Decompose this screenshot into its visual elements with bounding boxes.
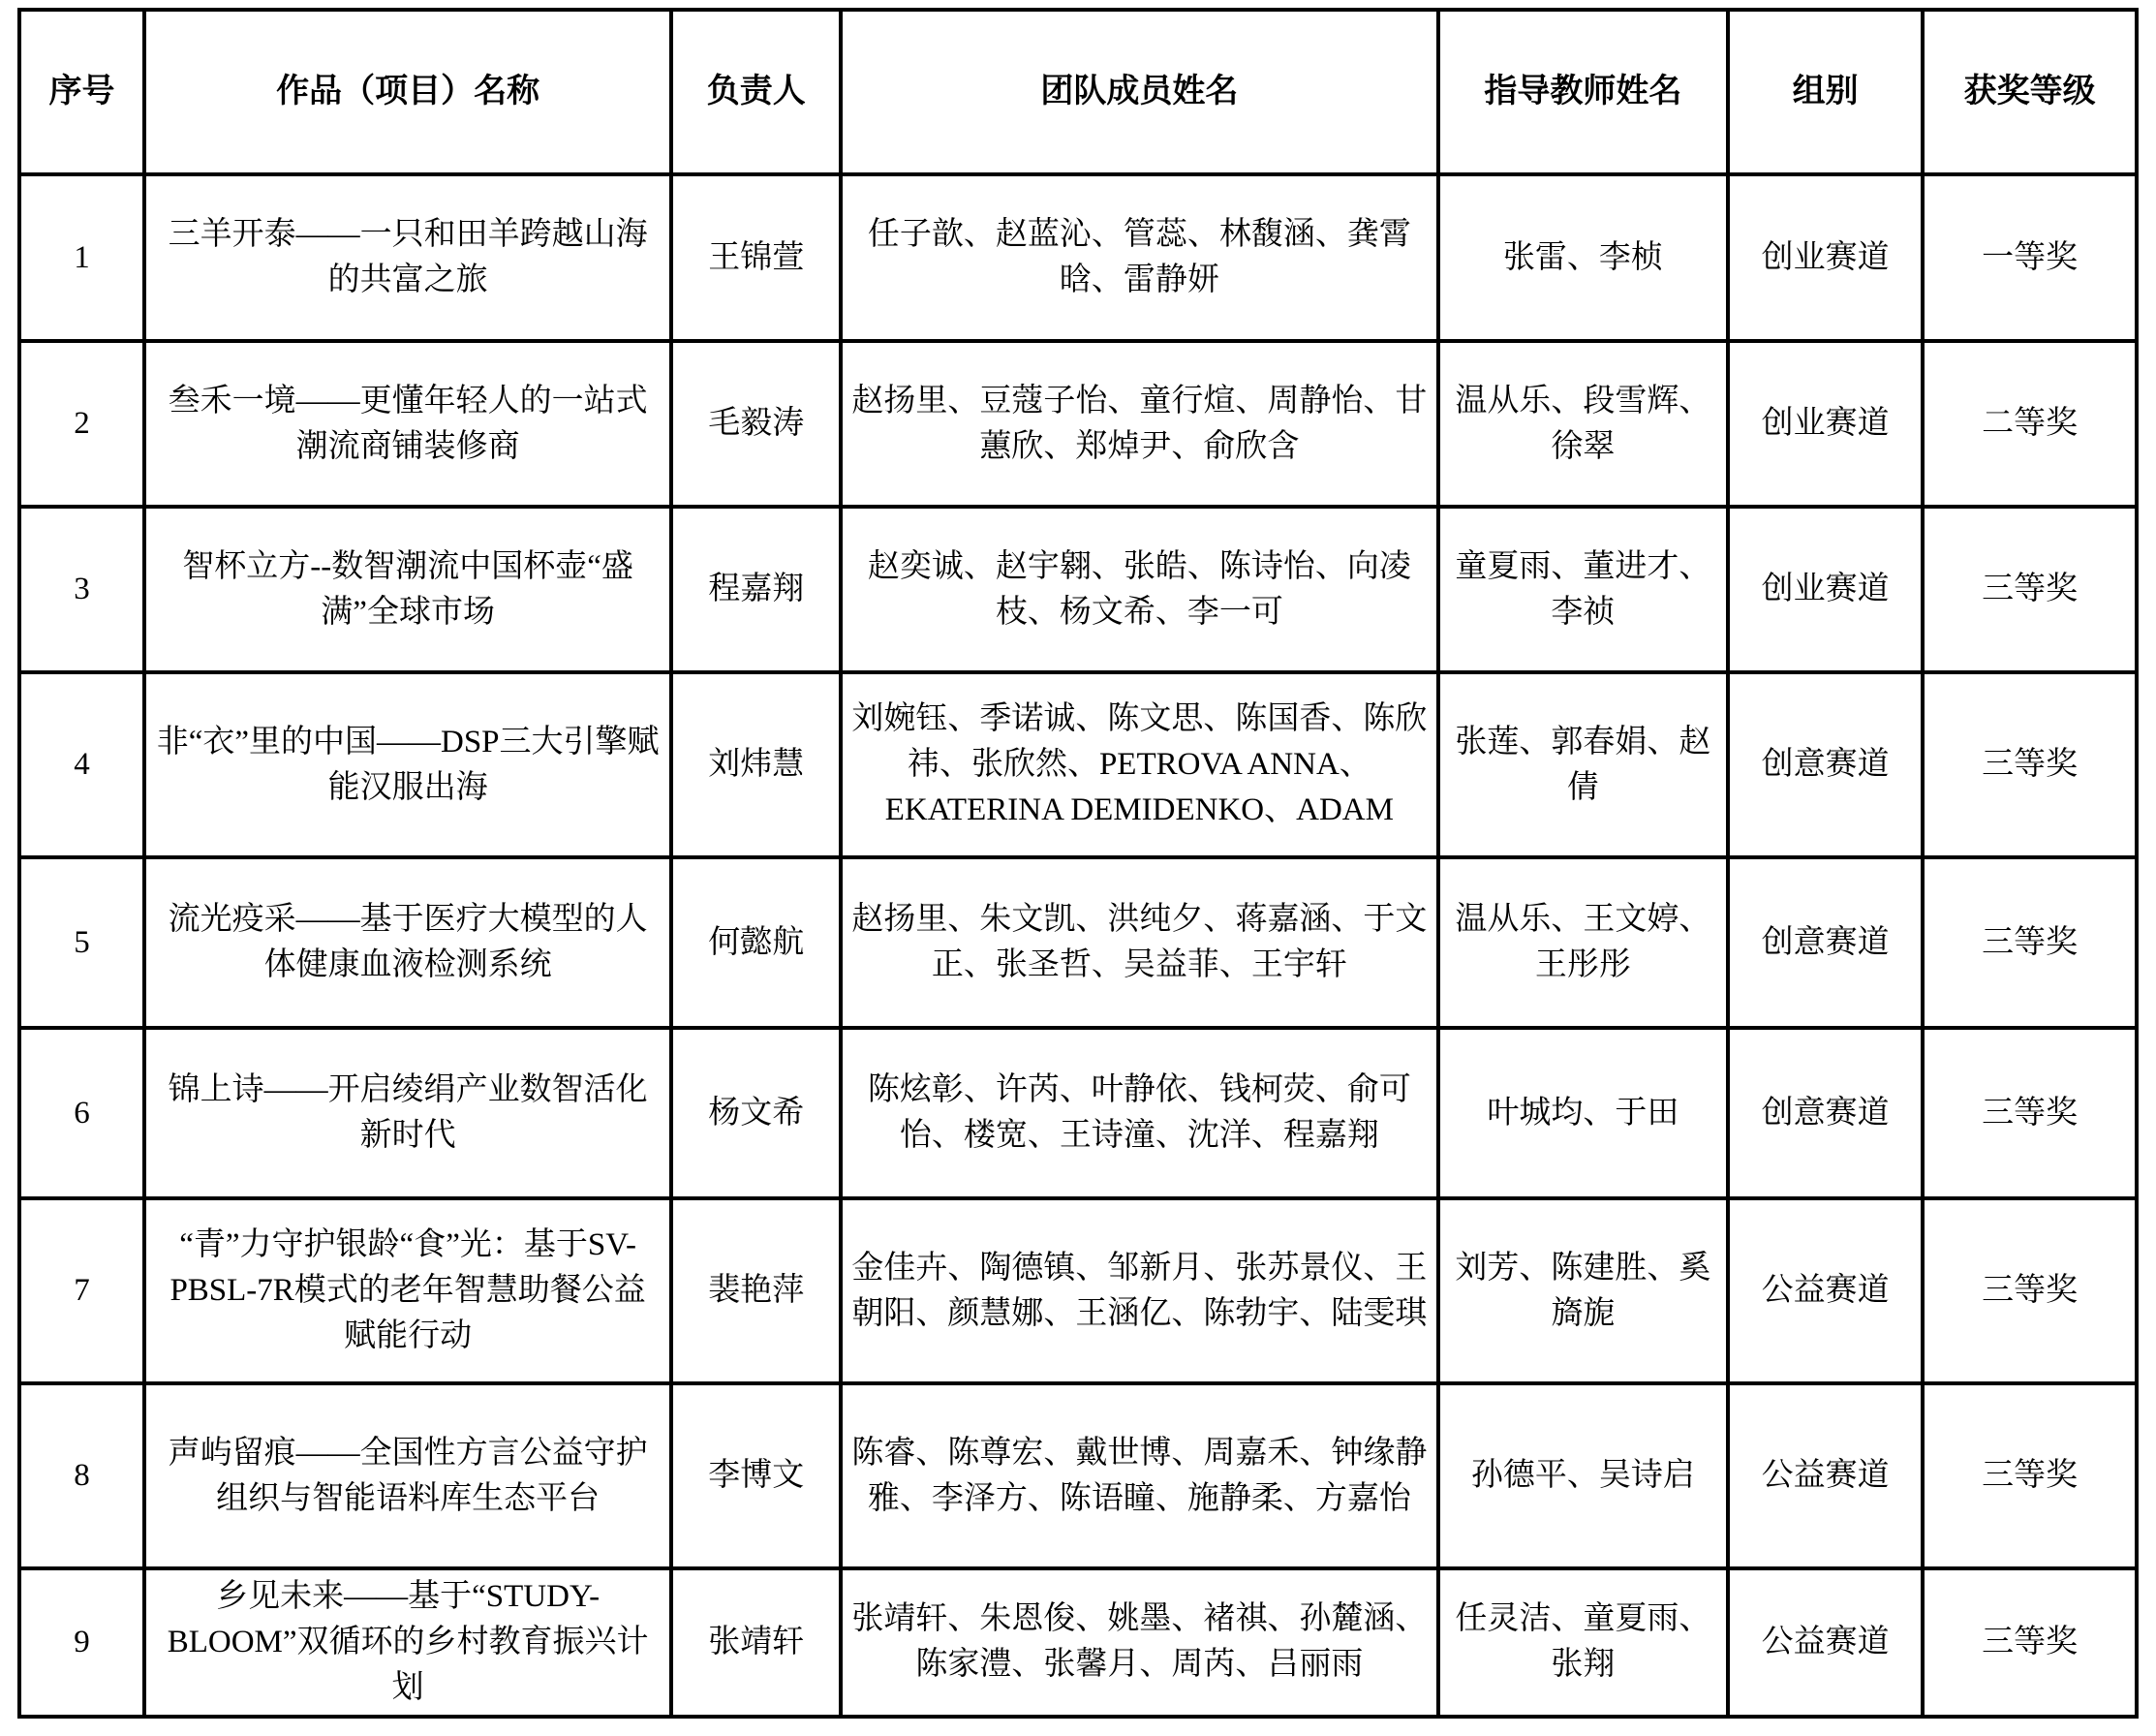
cell-index: 1 — [19, 174, 144, 341]
header-row: 序号 作品（项目）名称 负责人 团队成员姓名 指导教师姓名 组别 获奖等级 — [19, 10, 2137, 174]
table-row: 9 乡见未来——基于“STUDY-BLOOM”双循环的乡村教育振兴计划 张靖轩 … — [19, 1568, 2137, 1717]
cell-award: 三等奖 — [1923, 1568, 2137, 1717]
cell-leader: 刘炜慧 — [671, 672, 841, 857]
table-row: 8 声屿留痕——全国性方言公益守护组织与智能语料库生态平台 李博文 陈睿、陈尊宏… — [19, 1383, 2137, 1568]
col-header-leader: 负责人 — [671, 10, 841, 174]
cell-members: 张靖轩、朱恩俊、姚墨、褚祺、孙麓涵、陈家澧、张馨月、周芮、吕丽雨 — [841, 1568, 1437, 1717]
cell-award: 三等奖 — [1923, 857, 2137, 1028]
cell-members: 陈炫彰、许芮、叶静依、钱柯荧、俞可怡、楼宽、王诗潼、沈洋、程嘉翔 — [841, 1028, 1437, 1198]
col-header-members: 团队成员姓名 — [841, 10, 1437, 174]
award-results-table: 序号 作品（项目）名称 负责人 团队成员姓名 指导教师姓名 组别 获奖等级 1 … — [17, 8, 2139, 1719]
col-header-group: 组别 — [1728, 10, 1923, 174]
cell-teachers: 叶城均、于田 — [1438, 1028, 1728, 1198]
cell-title: 非“衣”里的中国——DSP三大引擎赋能汉服出海 — [144, 672, 671, 857]
table-body: 1 三羊开泰——一只和田羊跨越山海的共富之旅 王锦萱 任子歆、赵蓝沁、管蕊、林馥… — [19, 174, 2137, 1717]
cell-teachers: 温从乐、王文婷、王彤彤 — [1438, 857, 1728, 1028]
cell-teachers: 任灵洁、童夏雨、张翔 — [1438, 1568, 1728, 1717]
table-row: 2 叁禾一境——更懂年轻人的一站式潮流商铺装修商 毛毅涛 赵扬里、豆蔻子怡、童行… — [19, 341, 2137, 507]
cell-title: “青”力守护银龄“食”光：基于SV-PBSL-7R模式的老年智慧助餐公益赋能行动 — [144, 1198, 671, 1383]
cell-title: 智杯立方--数智潮流中国杯壶“盛满”全球市场 — [144, 507, 671, 672]
col-header-index: 序号 — [19, 10, 144, 174]
cell-award: 三等奖 — [1923, 1028, 2137, 1198]
cell-title: 流光疫采——基于医疗大模型的人体健康血液检测系统 — [144, 857, 671, 1028]
cell-teachers: 温从乐、段雪辉、徐翠 — [1438, 341, 1728, 507]
table-row: 1 三羊开泰——一只和田羊跨越山海的共富之旅 王锦萱 任子歆、赵蓝沁、管蕊、林馥… — [19, 174, 2137, 341]
cell-award: 三等奖 — [1923, 1198, 2137, 1383]
table-row: 7 “青”力守护银龄“食”光：基于SV-PBSL-7R模式的老年智慧助餐公益赋能… — [19, 1198, 2137, 1383]
cell-index: 6 — [19, 1028, 144, 1198]
cell-members: 刘婉钰、季诺诚、陈文思、陈国香、陈欣祎、张欣然、PETROVA ANNA、EKA… — [841, 672, 1437, 857]
cell-index: 4 — [19, 672, 144, 857]
cell-leader: 张靖轩 — [671, 1568, 841, 1717]
cell-group: 创业赛道 — [1728, 341, 1923, 507]
cell-title: 乡见未来——基于“STUDY-BLOOM”双循环的乡村教育振兴计划 — [144, 1568, 671, 1717]
cell-leader: 王锦萱 — [671, 174, 841, 341]
cell-group: 创业赛道 — [1728, 174, 1923, 341]
cell-members: 任子歆、赵蓝沁、管蕊、林馥涵、龚霄晗、雷静妍 — [841, 174, 1437, 341]
cell-teachers: 童夏雨、董进才、李祯 — [1438, 507, 1728, 672]
cell-group: 创意赛道 — [1728, 857, 1923, 1028]
cell-group: 公益赛道 — [1728, 1568, 1923, 1717]
cell-title: 锦上诗——开启绫绢产业数智活化新时代 — [144, 1028, 671, 1198]
cell-index: 2 — [19, 341, 144, 507]
table-row: 3 智杯立方--数智潮流中国杯壶“盛满”全球市场 程嘉翔 赵奕诚、赵宇翱、张皓、… — [19, 507, 2137, 672]
cell-leader: 程嘉翔 — [671, 507, 841, 672]
cell-teachers: 张雷、李桢 — [1438, 174, 1728, 341]
cell-award: 二等奖 — [1923, 341, 2137, 507]
cell-group: 公益赛道 — [1728, 1198, 1923, 1383]
cell-group: 创意赛道 — [1728, 672, 1923, 857]
col-header-teachers: 指导教师姓名 — [1438, 10, 1728, 174]
cell-index: 7 — [19, 1198, 144, 1383]
col-header-title: 作品（项目）名称 — [144, 10, 671, 174]
cell-title: 叁禾一境——更懂年轻人的一站式潮流商铺装修商 — [144, 341, 671, 507]
table-row: 6 锦上诗——开启绫绢产业数智活化新时代 杨文希 陈炫彰、许芮、叶静依、钱柯荧、… — [19, 1028, 2137, 1198]
cell-leader: 毛毅涛 — [671, 341, 841, 507]
cell-award: 三等奖 — [1923, 672, 2137, 857]
cell-title: 三羊开泰——一只和田羊跨越山海的共富之旅 — [144, 174, 671, 341]
cell-leader: 李博文 — [671, 1383, 841, 1568]
cell-award: 一等奖 — [1923, 174, 2137, 341]
cell-members: 赵扬里、豆蔻子怡、童行煊、周静怡、甘蕙欣、郑焯尹、俞欣含 — [841, 341, 1437, 507]
cell-group: 创意赛道 — [1728, 1028, 1923, 1198]
cell-teachers: 张莲、郭春娟、赵倩 — [1438, 672, 1728, 857]
cell-leader: 杨文希 — [671, 1028, 841, 1198]
cell-members: 赵扬里、朱文凯、洪纯夕、蒋嘉涵、于文正、张圣哲、吴益菲、王宇轩 — [841, 857, 1437, 1028]
cell-index: 8 — [19, 1383, 144, 1568]
cell-members: 陈睿、陈尊宏、戴世博、周嘉禾、钟缘静雅、李泽方、陈语瞳、施静柔、方嘉怡 — [841, 1383, 1437, 1568]
cell-leader: 裴艳萍 — [671, 1198, 841, 1383]
cell-title: 声屿留痕——全国性方言公益守护组织与智能语料库生态平台 — [144, 1383, 671, 1568]
cell-teachers: 孙德平、吴诗启 — [1438, 1383, 1728, 1568]
cell-teachers: 刘芳、陈建胜、奚旖旎 — [1438, 1198, 1728, 1383]
table-row: 4 非“衣”里的中国——DSP三大引擎赋能汉服出海 刘炜慧 刘婉钰、季诺诚、陈文… — [19, 672, 2137, 857]
cell-index: 3 — [19, 507, 144, 672]
cell-index: 5 — [19, 857, 144, 1028]
table-row: 5 流光疫采——基于医疗大模型的人体健康血液检测系统 何懿航 赵扬里、朱文凯、洪… — [19, 857, 2137, 1028]
cell-members: 赵奕诚、赵宇翱、张皓、陈诗怡、向凌枝、杨文希、李一可 — [841, 507, 1437, 672]
cell-members: 金佳卉、陶德镇、邹新月、张苏景仪、王朝阳、颜慧娜、王涵亿、陈勃宇、陆雯琪 — [841, 1198, 1437, 1383]
cell-group: 公益赛道 — [1728, 1383, 1923, 1568]
cell-group: 创业赛道 — [1728, 507, 1923, 672]
col-header-award: 获奖等级 — [1923, 10, 2137, 174]
cell-index: 9 — [19, 1568, 144, 1717]
cell-award: 三等奖 — [1923, 507, 2137, 672]
cell-award: 三等奖 — [1923, 1383, 2137, 1568]
table-header: 序号 作品（项目）名称 负责人 团队成员姓名 指导教师姓名 组别 获奖等级 — [19, 10, 2137, 174]
cell-leader: 何懿航 — [671, 857, 841, 1028]
